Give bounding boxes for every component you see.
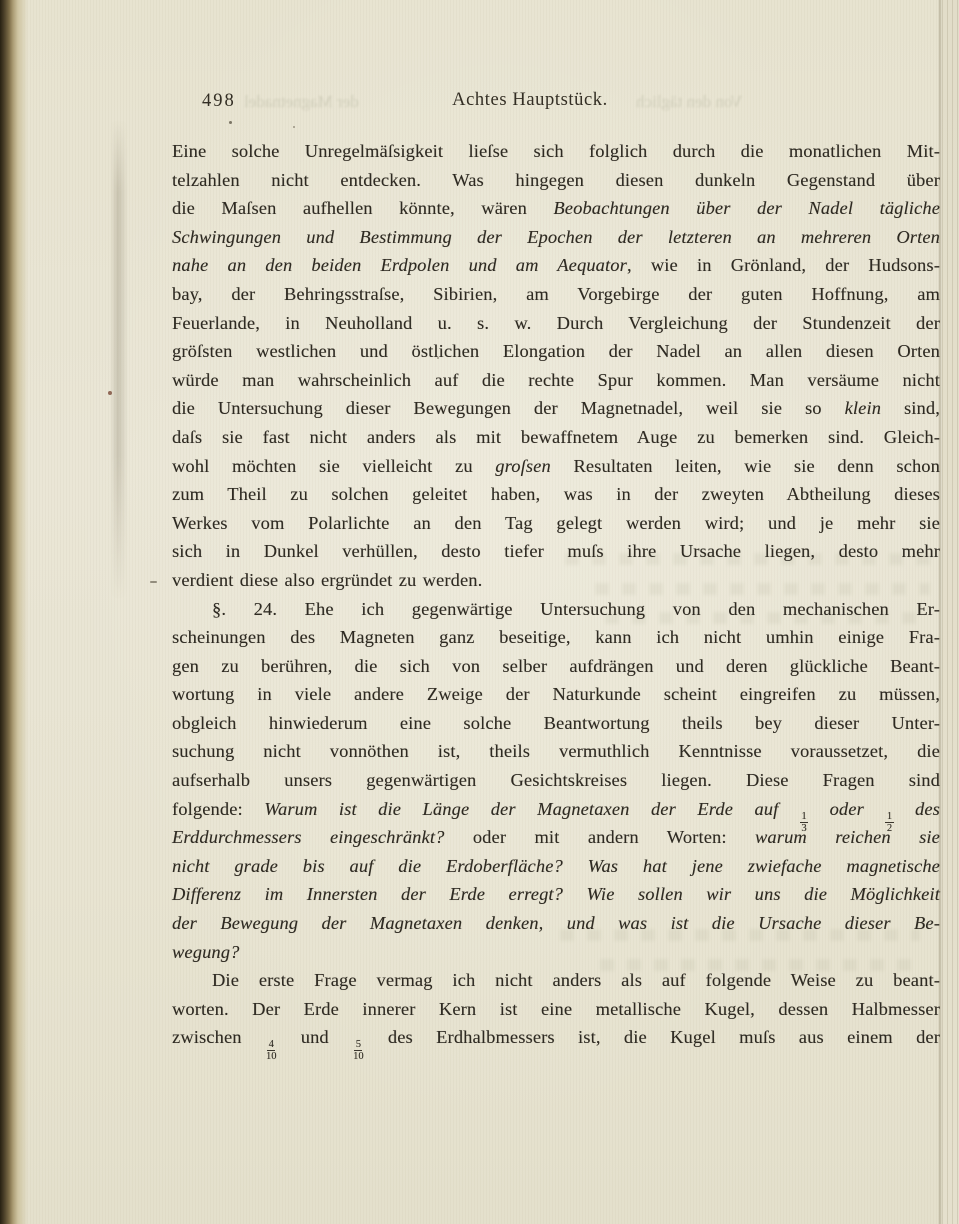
text-segment: klein (845, 398, 882, 418)
text-segment: suchung nicht vonnöthen ist, theils verm… (172, 741, 940, 761)
stacked-fraction: 510 (352, 1039, 365, 1062)
text-segment: zum Theil zu solchen geleitet haben, was… (172, 484, 940, 504)
text-segment: des (894, 799, 940, 819)
text-segment: gröſsten westlichen und östlichen Elonga… (172, 341, 940, 361)
text-line: wortung in viele andere Zweige der Natur… (172, 680, 940, 709)
text-line: suchung nicht vonnöthen ist, theils verm… (172, 737, 940, 766)
text-segment: gen zu berühren, die sich von selber auf… (172, 656, 940, 676)
text-line: §. 24. Ehe ich gegenwärtige Untersuchung… (172, 595, 940, 624)
text-segment: obgleich hinwiederum eine solche Beantwo… (172, 713, 940, 733)
text-line: Feuerlande, in Neuholland u. s. w. Durch… (172, 309, 940, 338)
text-segment: Resultaten leiten, wie sie denn schon (551, 456, 940, 476)
text-line: wegung? (172, 938, 940, 967)
text-line: bay, der Behringsstraſse, Sibirien, am V… (172, 280, 940, 309)
text-segment: Differenz im Innersten der Erde erregt? … (172, 884, 940, 904)
text-segment: oder (808, 799, 885, 819)
text-segment: wohl möchten sie vielleicht zu (172, 456, 495, 476)
text-line: Differenz im Innersten der Erde erregt? … (172, 880, 940, 909)
text-segment: , wie in Grönland, der Hudsons- (627, 255, 940, 275)
text-line: würde man wahrscheinlich auf die rechte … (172, 366, 940, 395)
text-line: nahe an den beiden Erdpolen und am Aequa… (172, 251, 940, 280)
text-line: zwischen 410 und 510 des Erdhalbmessers … (172, 1023, 940, 1052)
text-segment: wegung? (172, 942, 239, 962)
text-line: Erddurchmessers eingeschränkt? oder mit … (172, 823, 940, 852)
text-line: scheinungen des Magneten ganz beseitige,… (172, 623, 940, 652)
text-segment: worten. Der Erde innerer Kern ist eine m… (172, 999, 940, 1019)
text-segment: scheinungen des Magneten ganz beseitige,… (172, 627, 940, 647)
text-segment: und (277, 1027, 352, 1047)
running-title: Achtes Hauptstück. (452, 90, 608, 111)
bleedthrough-text: Von den täglich (636, 92, 742, 112)
text-segment: daſs sie fast nicht anders als mit bewaf… (172, 427, 940, 447)
text-segment: nahe an den beiden Erdpolen und am Aequa… (172, 255, 627, 275)
text-line: verdient diese also ergründet zu werden. (172, 566, 940, 595)
text-segment: groſsen (495, 456, 551, 476)
text-segment: verdient diese also ergründet zu werden. (172, 570, 482, 590)
text-line: aufserhalb unsers gegenwärtigen Gesichts… (172, 766, 940, 795)
page-body-text: Eine solche Unregelmäſsigkeit lieſse sic… (172, 137, 940, 1052)
text-line: der Bewegung der Magnetaxen denken, und … (172, 909, 940, 938)
text-segment: Werkes vom Polarlichte an den Tag gelegt… (172, 513, 940, 533)
margin-mark (150, 581, 157, 583)
text-line: nicht grade bis auf die Erdoberfläche? W… (172, 852, 940, 881)
ink-speck (293, 126, 295, 128)
text-segment: oder mit andern Worten: (444, 827, 755, 847)
text-segment: die Untersuchung dieser Bewegungen der M… (172, 398, 845, 418)
text-segment: des Erdhalbmessers ist, die Kugel muſs a… (365, 1027, 940, 1047)
text-line: worten. Der Erde innerer Kern ist eine m… (172, 995, 940, 1024)
text-segment: bay, der Behringsstraſse, Sibirien, am V… (172, 284, 940, 304)
text-line: Schwingungen und Bestimmung der Epochen … (172, 223, 940, 252)
bleedthrough-text: der Magnetnadel (244, 92, 359, 112)
text-line: Die erste Frage vermag ich nicht anders … (172, 966, 940, 995)
text-line: Eine solche Unregelmäſsigkeit lieſse sic… (172, 137, 940, 166)
ink-speck (229, 121, 232, 124)
text-segment: die Maſsen aufhellen könnte, wären (172, 198, 553, 218)
text-line: telzahlen nicht entdecken. Was hingegen … (172, 166, 940, 195)
text-line: die Maſsen aufhellen könnte, wären Beoba… (172, 194, 940, 223)
text-segment: Erddurchmessers eingeschränkt? (172, 827, 444, 847)
text-line: folgende: Warum ist die Länge der Magnet… (172, 795, 940, 824)
gutter-crease (110, 120, 128, 600)
text-segment: zwischen (172, 1027, 265, 1047)
ink-speck (108, 391, 112, 395)
text-segment: folgende: (172, 799, 264, 819)
text-segment: Eine solche Unregelmäſsigkeit lieſse sic… (172, 141, 940, 161)
text-segment: telzahlen nicht entdecken. Was hingegen … (172, 170, 940, 190)
text-segment: Feuerlande, in Neuholland u. s. w. Durch… (172, 313, 940, 333)
binding-gutter-shadow (0, 0, 28, 1224)
ink-speck (437, 357, 439, 359)
text-line: zum Theil zu solchen geleitet haben, was… (172, 480, 940, 509)
text-line: obgleich hinwiederum eine solche Beantwo… (172, 709, 940, 738)
text-line: wohl möchten sie vielleicht zu groſsen R… (172, 452, 940, 481)
text-segment: sind, (881, 398, 940, 418)
text-segment: nicht grade bis auf die Erdoberfläche? W… (172, 856, 940, 876)
stacked-fraction: 410 (265, 1039, 278, 1062)
text-segment: sich in Dunkel verhüllen, desto tiefer m… (172, 541, 940, 561)
text-line: Werkes vom Polarlichte an den Tag gelegt… (172, 509, 940, 538)
text-line: die Untersuchung dieser Bewegungen der M… (172, 394, 940, 423)
text-segment: Beobachtungen über der Nadel tägliche (553, 198, 940, 218)
text-line: gen zu berühren, die sich von selber auf… (172, 652, 940, 681)
book-page: der Magnetnadel Von den täglich 498 Acht… (0, 0, 959, 1224)
text-line: daſs sie fast nicht anders als mit bewaf… (172, 423, 940, 452)
text-segment: aufserhalb unsers gegenwärtigen Gesichts… (172, 770, 940, 790)
adjacent-page-strip (942, 0, 959, 1224)
text-line: gröſsten westlichen und östlichen Elonga… (172, 337, 940, 366)
text-segment: wortung in viele andere Zweige der Natur… (172, 684, 940, 704)
text-segment: Warum ist die Länge der Magnetaxen der E… (264, 799, 800, 819)
text-segment: der Bewegung der Magnetaxen denken, und … (172, 913, 940, 933)
page-number: 498 (202, 91, 236, 112)
text-segment: warum reichen sie (755, 827, 940, 847)
text-segment: würde man wahrscheinlich auf die rechte … (172, 370, 940, 390)
text-segment: Schwingungen und Bestimmung der Epochen … (172, 227, 940, 247)
text-segment: Die erste Frage vermag ich nicht anders … (212, 970, 940, 990)
text-line: sich in Dunkel verhüllen, desto tiefer m… (172, 537, 940, 566)
text-segment: §. 24. Ehe ich gegenwärtige Untersuchung… (212, 599, 940, 619)
